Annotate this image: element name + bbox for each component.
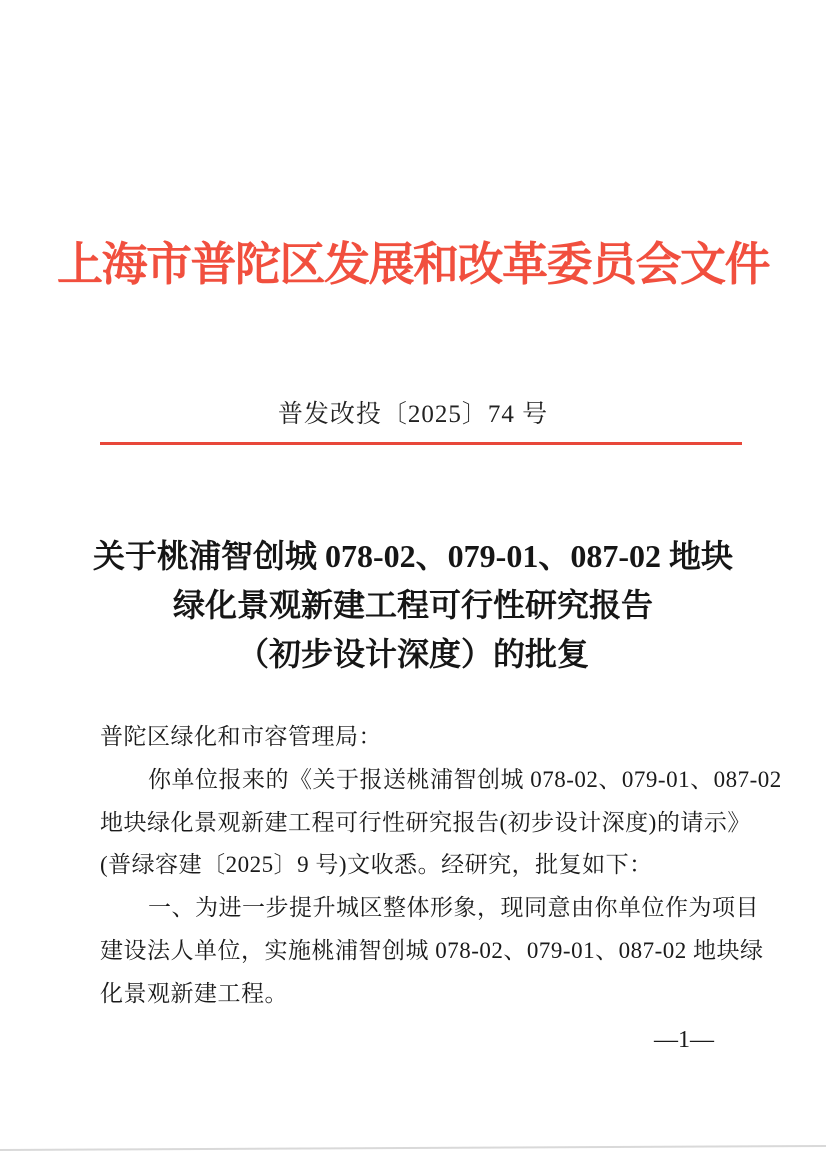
document-title-line-3: （初步设计深度）的批复 xyxy=(0,630,826,679)
salutation-line: 普陀区绿化和市容管理局： xyxy=(100,716,746,759)
document-title-line-1: 关于桃浦智创城 078-02、079-01、087-02 地块 xyxy=(0,532,826,581)
document-title: 关于桃浦智创城 078-02、079-01、087-02 地块 绿化景观新建工程… xyxy=(0,532,826,679)
body-text-line: 建设法人单位，实施桃浦智创城 078-02、079-01、087-02 地块绿 xyxy=(100,930,746,973)
page-number: —1— xyxy=(636,1024,732,1056)
body-text-line: 一、为进一步提升城区整体形象，现同意由你单位作为项目 xyxy=(100,887,746,930)
agency-header-title: 上海市普陀区发展和改革委员会文件 xyxy=(0,236,826,294)
body-text-line: 地块绿化景观新建工程可行性研究报告(初步设计深度)的请示》 xyxy=(100,802,746,845)
scanned-official-document-page: 上海市普陀区发展和改革委员会文件 普发改投〔2025〕74 号 关于桃浦智创城 … xyxy=(0,0,826,1169)
body-text-line: 化景观新建工程。 xyxy=(100,973,746,1016)
body-text-line: 你单位报来的《关于报送桃浦智创城 078-02、079-01、087-02 xyxy=(100,759,746,802)
body-text-line: (普绿容建〔2025〕9 号)文收悉。经研究，批复如下： xyxy=(100,844,746,887)
document-body: 普陀区绿化和市容管理局： 你单位报来的《关于报送桃浦智创城 078-02、079… xyxy=(100,716,746,1016)
red-divider-line xyxy=(100,442,742,445)
paper-bottom-edge-line xyxy=(0,1145,826,1151)
document-reference-number: 普发改投〔2025〕74 号 xyxy=(0,398,826,432)
document-title-line-2: 绿化景观新建工程可行性研究报告 xyxy=(0,581,826,630)
